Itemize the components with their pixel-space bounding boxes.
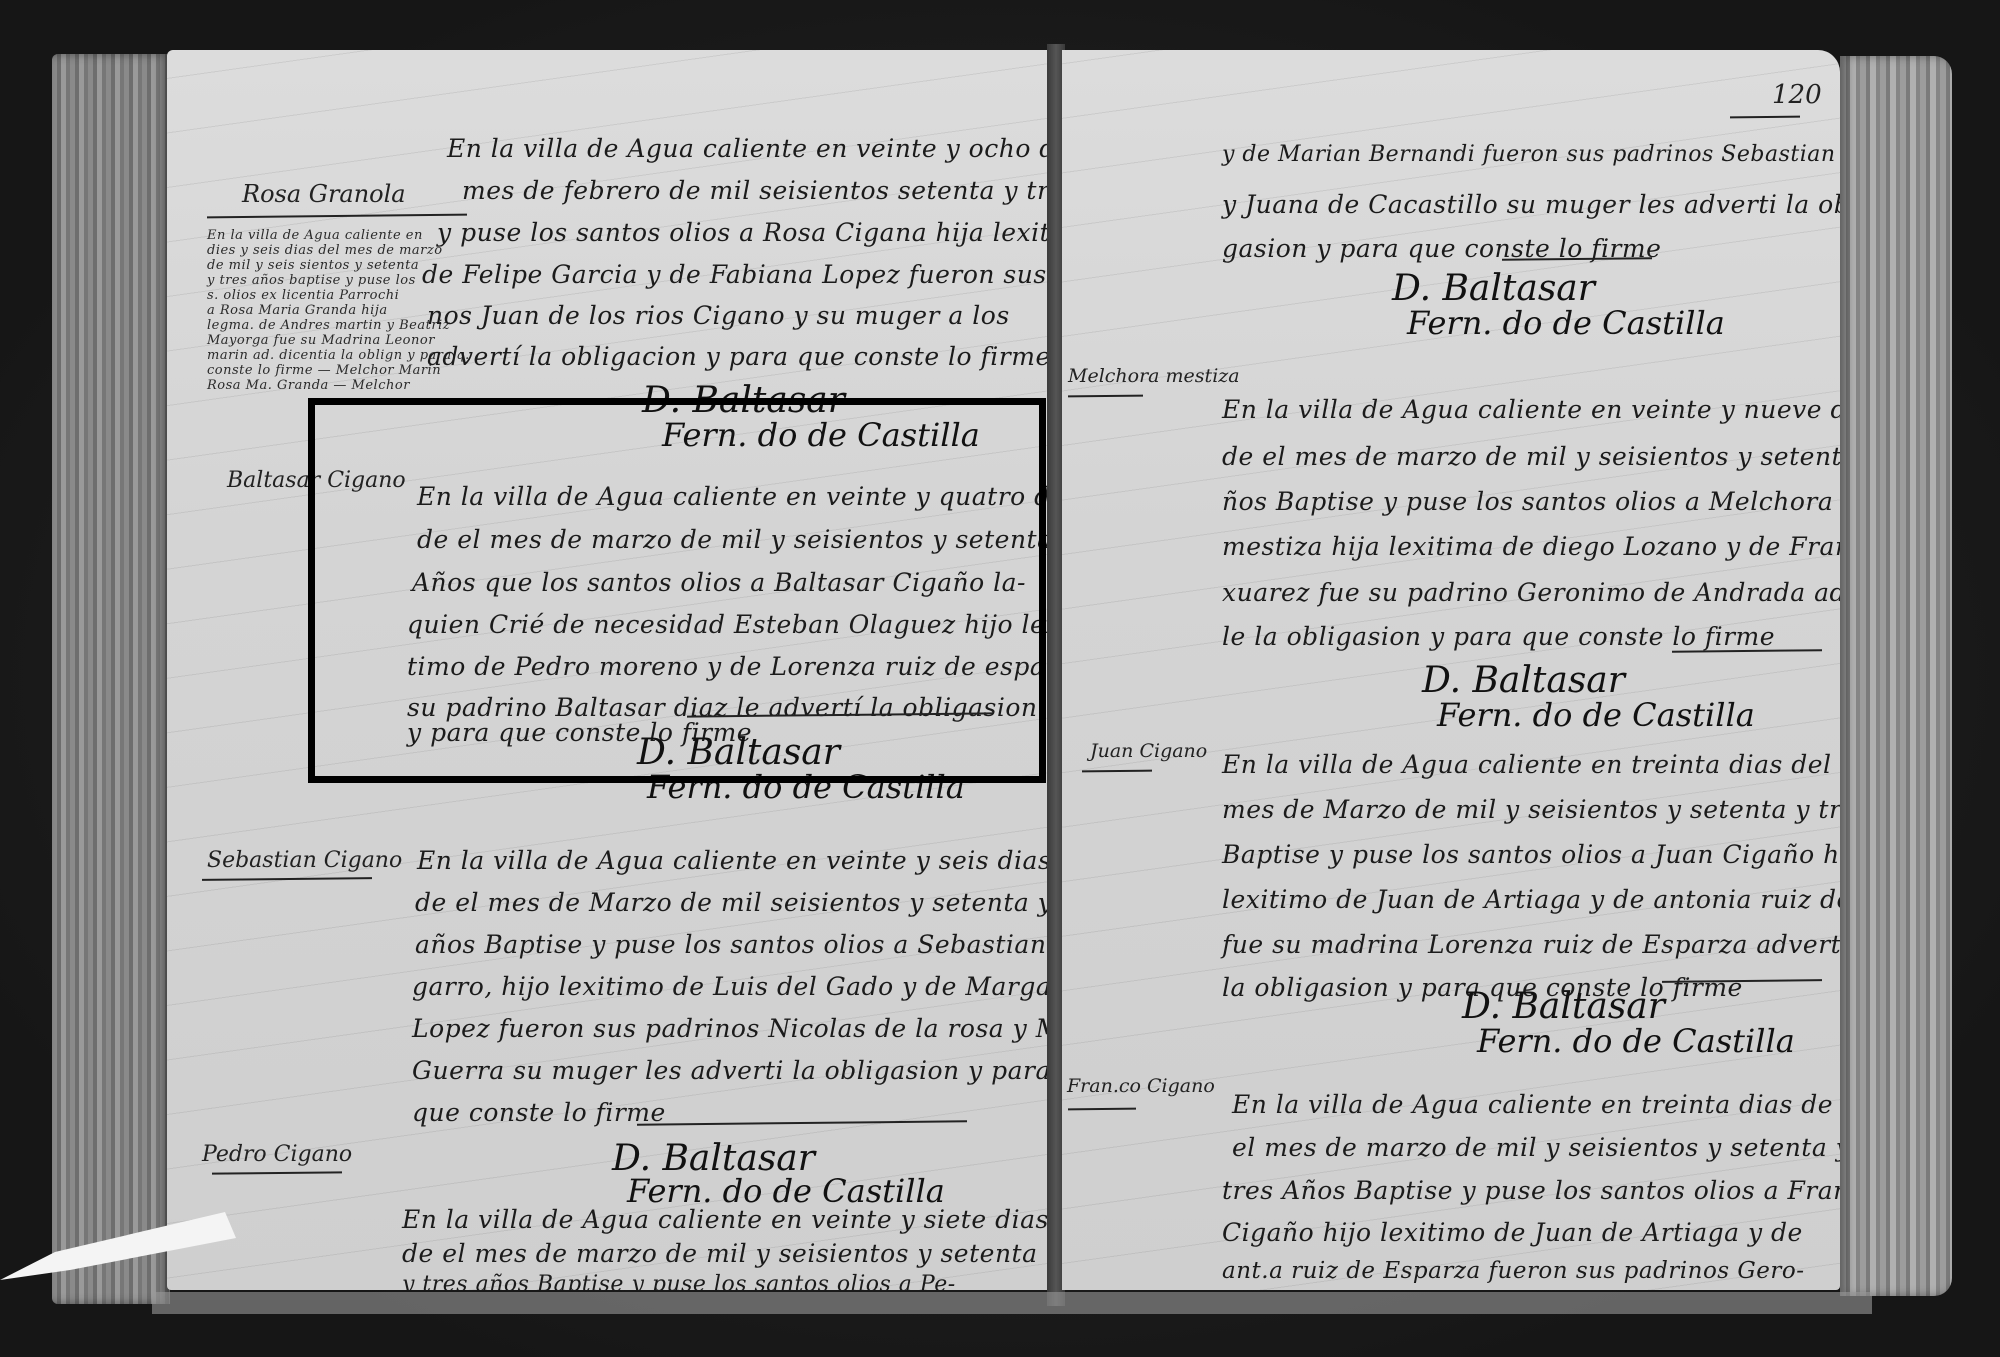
margin-note-name: Melchora mestiza — [1068, 365, 1240, 387]
margin-note-name: Sebastian Cigano — [207, 848, 402, 873]
margin-note-name: Juan Cigano — [1090, 740, 1207, 762]
margin-note-name: Pedro Cigano — [202, 1142, 352, 1167]
folio-number: 120 — [1772, 80, 1822, 110]
book-edge-right — [1840, 56, 1952, 1296]
book-edge-left — [52, 54, 170, 1304]
bookmark-strip-icon — [0, 1210, 240, 1280]
page-bottom-edge — [152, 1292, 1872, 1314]
margin-note-name: Rosa Granola — [242, 180, 406, 208]
right-page: 120 Melchora mestiza Juan Cigano Fran.co… — [1062, 50, 1840, 1290]
highlight-box — [308, 398, 1046, 783]
margin-note-name: Fran.co Cigano — [1067, 1075, 1215, 1097]
